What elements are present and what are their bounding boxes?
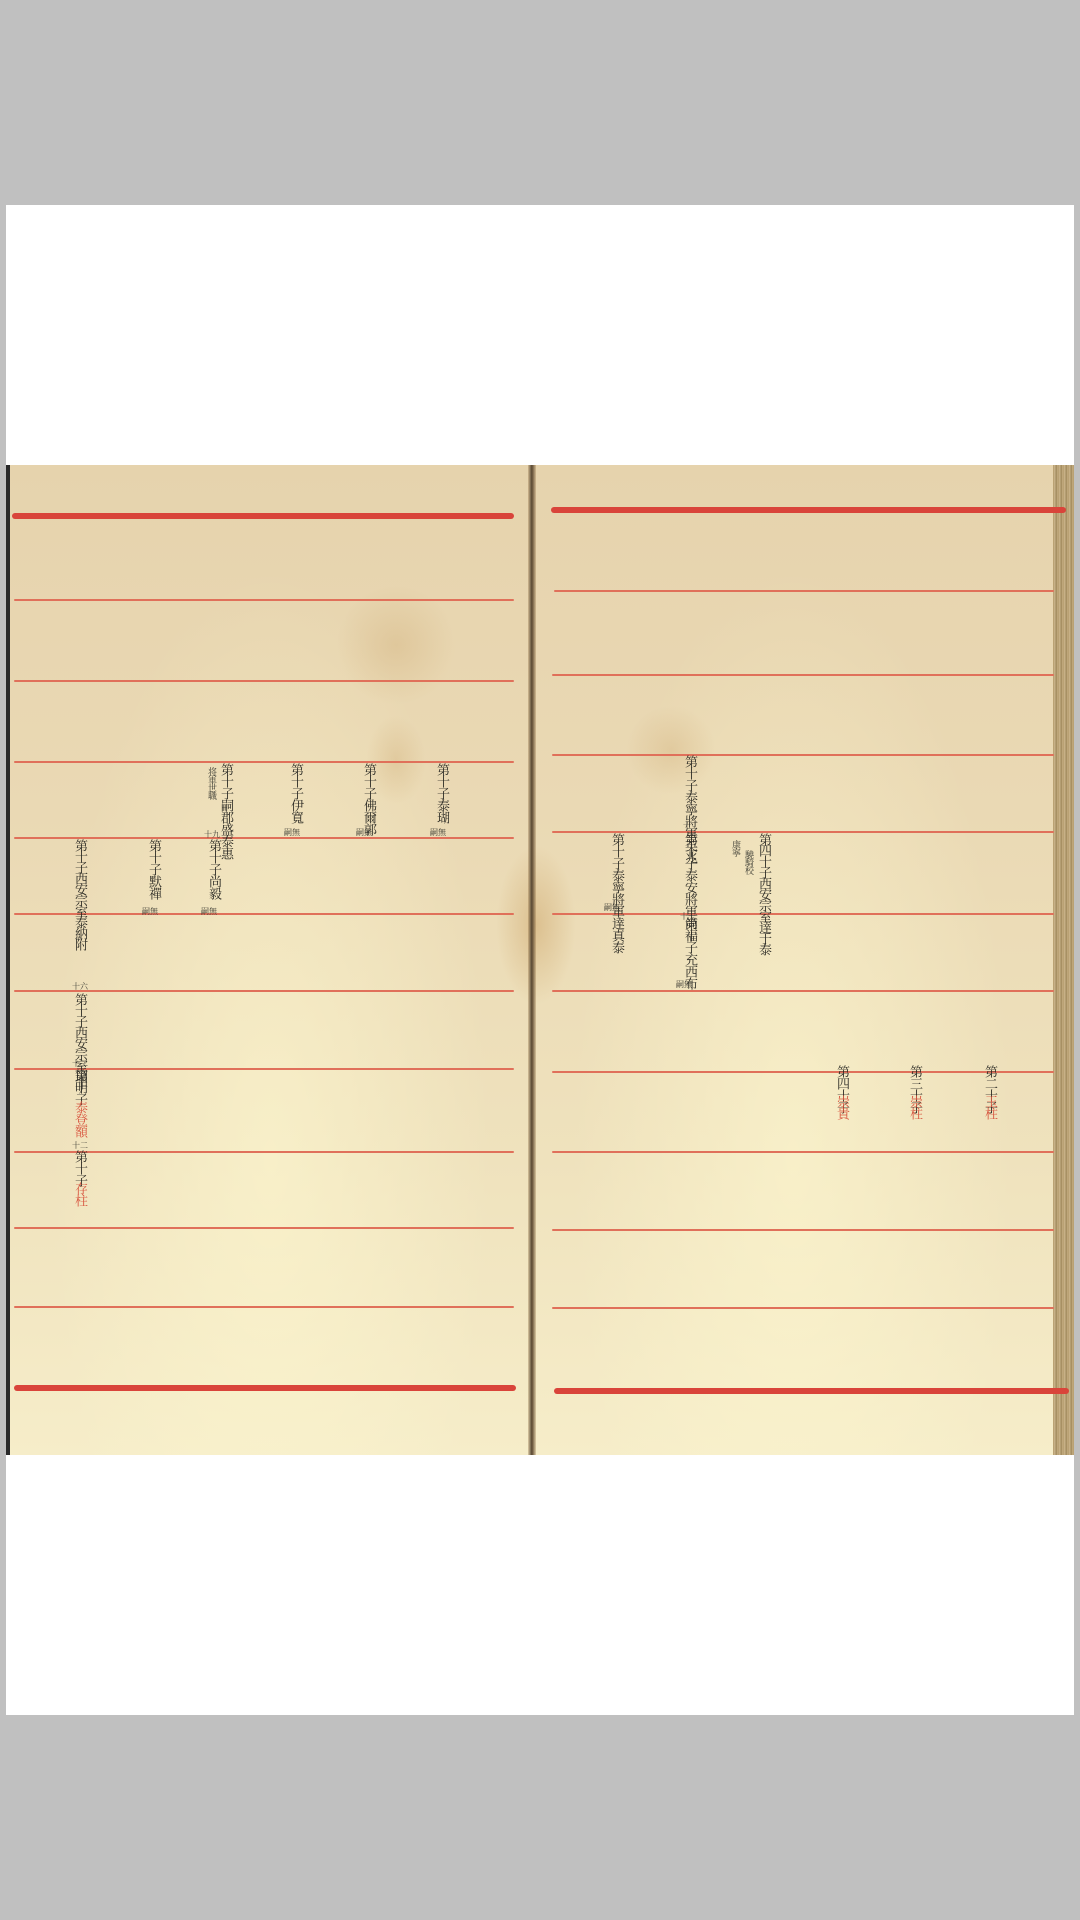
entry-note: 嗣無 — [284, 827, 300, 838]
entry-note: 嗣無 — [201, 906, 217, 917]
water-stain — [626, 705, 716, 795]
entry-text: 第十子伊寬 — [288, 763, 302, 823]
entry-note: 十二 — [72, 1058, 88, 1069]
water-stain — [336, 585, 456, 705]
entry-text: 第十子默禪 — [146, 839, 160, 899]
border-rule-top-right — [551, 507, 1066, 513]
entry-note: 嗣無 — [430, 827, 446, 838]
entry-note: 嗣無 — [604, 902, 620, 913]
entry-text: 第十子佛爾郭 — [361, 763, 375, 835]
entry-red-name: 玉柱 — [982, 1095, 996, 1119]
entry-red-name: 崇柱 — [907, 1095, 921, 1119]
column-rule — [14, 1151, 514, 1153]
column-rule — [552, 1229, 1054, 1231]
column-rule — [552, 754, 1054, 756]
border-rule-bottom-left — [14, 1385, 516, 1391]
entry-note: 十 — [683, 820, 691, 831]
entry-text: 第十子 — [72, 1069, 86, 1105]
column-rule — [14, 680, 514, 682]
entry-text: 第十子 — [72, 1150, 86, 1186]
entry-text: 第十子尚毅 — [206, 839, 220, 899]
entry-text: 第十子泰瑚 — [434, 763, 448, 823]
column-rule — [14, 913, 514, 915]
entry-red-name: 存柱 — [72, 1182, 86, 1206]
border-rule-top-left — [12, 513, 514, 519]
column-rule — [552, 913, 1054, 915]
column-rule — [552, 674, 1054, 676]
column-rule — [552, 1071, 1054, 1073]
column-rule — [552, 831, 1054, 833]
column-rule — [14, 990, 514, 992]
entry-side-note: 康寧 — [730, 840, 740, 856]
entry-note: 十六 — [72, 981, 88, 992]
column-rule — [14, 1227, 514, 1229]
entry-text: 第十子西安宗室泰納附 — [72, 839, 86, 949]
entry-side-note: 将軍世職 — [206, 767, 216, 799]
column-rule — [552, 1307, 1054, 1309]
column-rule — [14, 1306, 514, 1308]
column-rule — [552, 990, 1054, 992]
spine-stain — [496, 845, 576, 1005]
border-rule-bottom-right — [554, 1388, 1069, 1394]
entry-text: 第四十子西安宗室達于泰 — [756, 833, 770, 954]
column-rule — [14, 599, 514, 601]
entry-red-name: 泰登額 — [72, 1101, 86, 1137]
column-rule — [552, 1151, 1054, 1153]
column-rule — [554, 590, 1054, 592]
page-edges — [1053, 465, 1074, 1455]
entry-side-note: 驍騎校 — [743, 850, 753, 874]
column-rule — [14, 1068, 514, 1070]
entry-note: 嗣無 — [676, 979, 692, 990]
entry-note: 嗣無 — [142, 906, 158, 917]
entry-red-name: 崇貴 — [834, 1095, 848, 1119]
manuscript-spread: 第十子泰瑚 嗣無 第十子佛爾郭 嗣無 第十子伊寬 嗣無 第十子嗣郡盛泰惠 将軍世… — [6, 465, 1074, 1455]
book-spine — [528, 465, 536, 1455]
entry-note: 嗣無 — [356, 827, 372, 838]
entry-text: 第十子泰寧將軍達真泰 — [609, 833, 623, 953]
